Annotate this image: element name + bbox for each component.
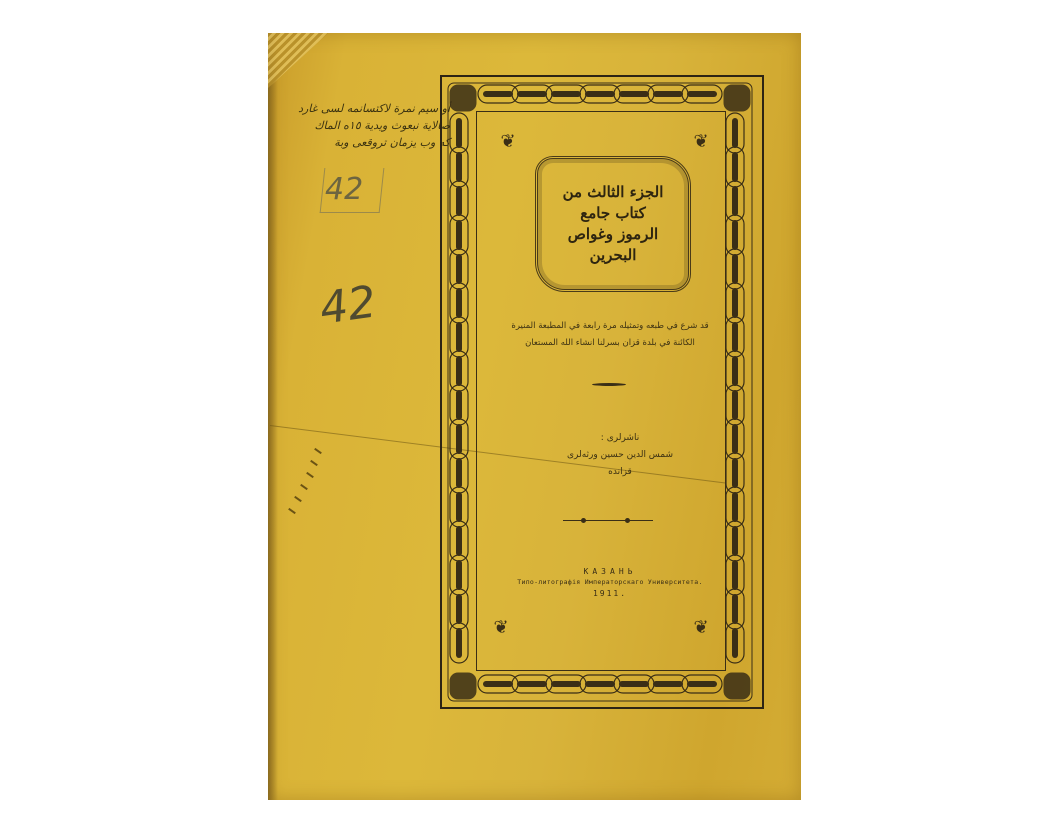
title-line: كتاب جامع: [580, 203, 645, 224]
publisher-place: قزانده: [520, 464, 720, 481]
folded-corner: [268, 33, 328, 88]
publisher-block: ناشرلری : شمس الدين حسين ورثه‌لری قزانده: [520, 430, 720, 481]
imprint-press: Типо-литографія Императорскаго Университ…: [490, 577, 730, 588]
floral-corner-ornament-icon: ❦: [690, 617, 712, 639]
intro-line: قد شرع في طبعه وتمثيله مرة رابعة في المط…: [478, 318, 742, 335]
handwritten-large-number: 42: [317, 276, 380, 334]
ornamental-divider: [592, 383, 626, 386]
floral-corner-ornament-icon: ❦: [690, 131, 712, 153]
imprint-block: КАЗАНЬ Типо-литографія Императорскаго Ун…: [490, 566, 730, 599]
publisher-label: ناشرلری :: [520, 430, 720, 447]
imprint-city: КАЗАНЬ: [490, 566, 730, 577]
title-cartouche: الجزء الثالث من كتاب جامع الرموز وغواص ا…: [535, 156, 691, 292]
imprint-year: 1911.: [490, 588, 730, 599]
title-line: البحرين: [590, 245, 637, 266]
handwritten-line: كه وب يزمان تروقعى وبة: [290, 134, 450, 151]
intro-line: الكائنة في بلدة قزان بسرلنا انشاء الله ا…: [478, 335, 742, 352]
handwritten-boxed-number: 42: [325, 172, 363, 207]
page-edge-shadow: [268, 33, 278, 800]
title-line: الرموز وغواص: [568, 224, 658, 245]
intro-text: قد شرع في طبعه وتمثيله مرة رابعة في المط…: [478, 318, 742, 352]
handwritten-line: أو سيم نمرة لاكتسانمه لسى غارد: [290, 100, 450, 117]
title-line: الجزء الثالث من: [563, 182, 664, 203]
floral-corner-ornament-icon: ❦: [497, 131, 519, 153]
floral-corner-ornament-icon: ❦: [490, 617, 512, 639]
pencil-tick-marks: [280, 448, 330, 518]
handwritten-notes: أو سيم نمرة لاكتسانمه لسى غارد صالاية نب…: [290, 100, 450, 151]
publisher-name: شمس الدين حسين ورثه‌لری: [520, 447, 720, 464]
dotted-divider: [563, 520, 653, 521]
handwritten-line: صالاية نبعوث ويدية ١٥ه الماك: [290, 117, 450, 134]
